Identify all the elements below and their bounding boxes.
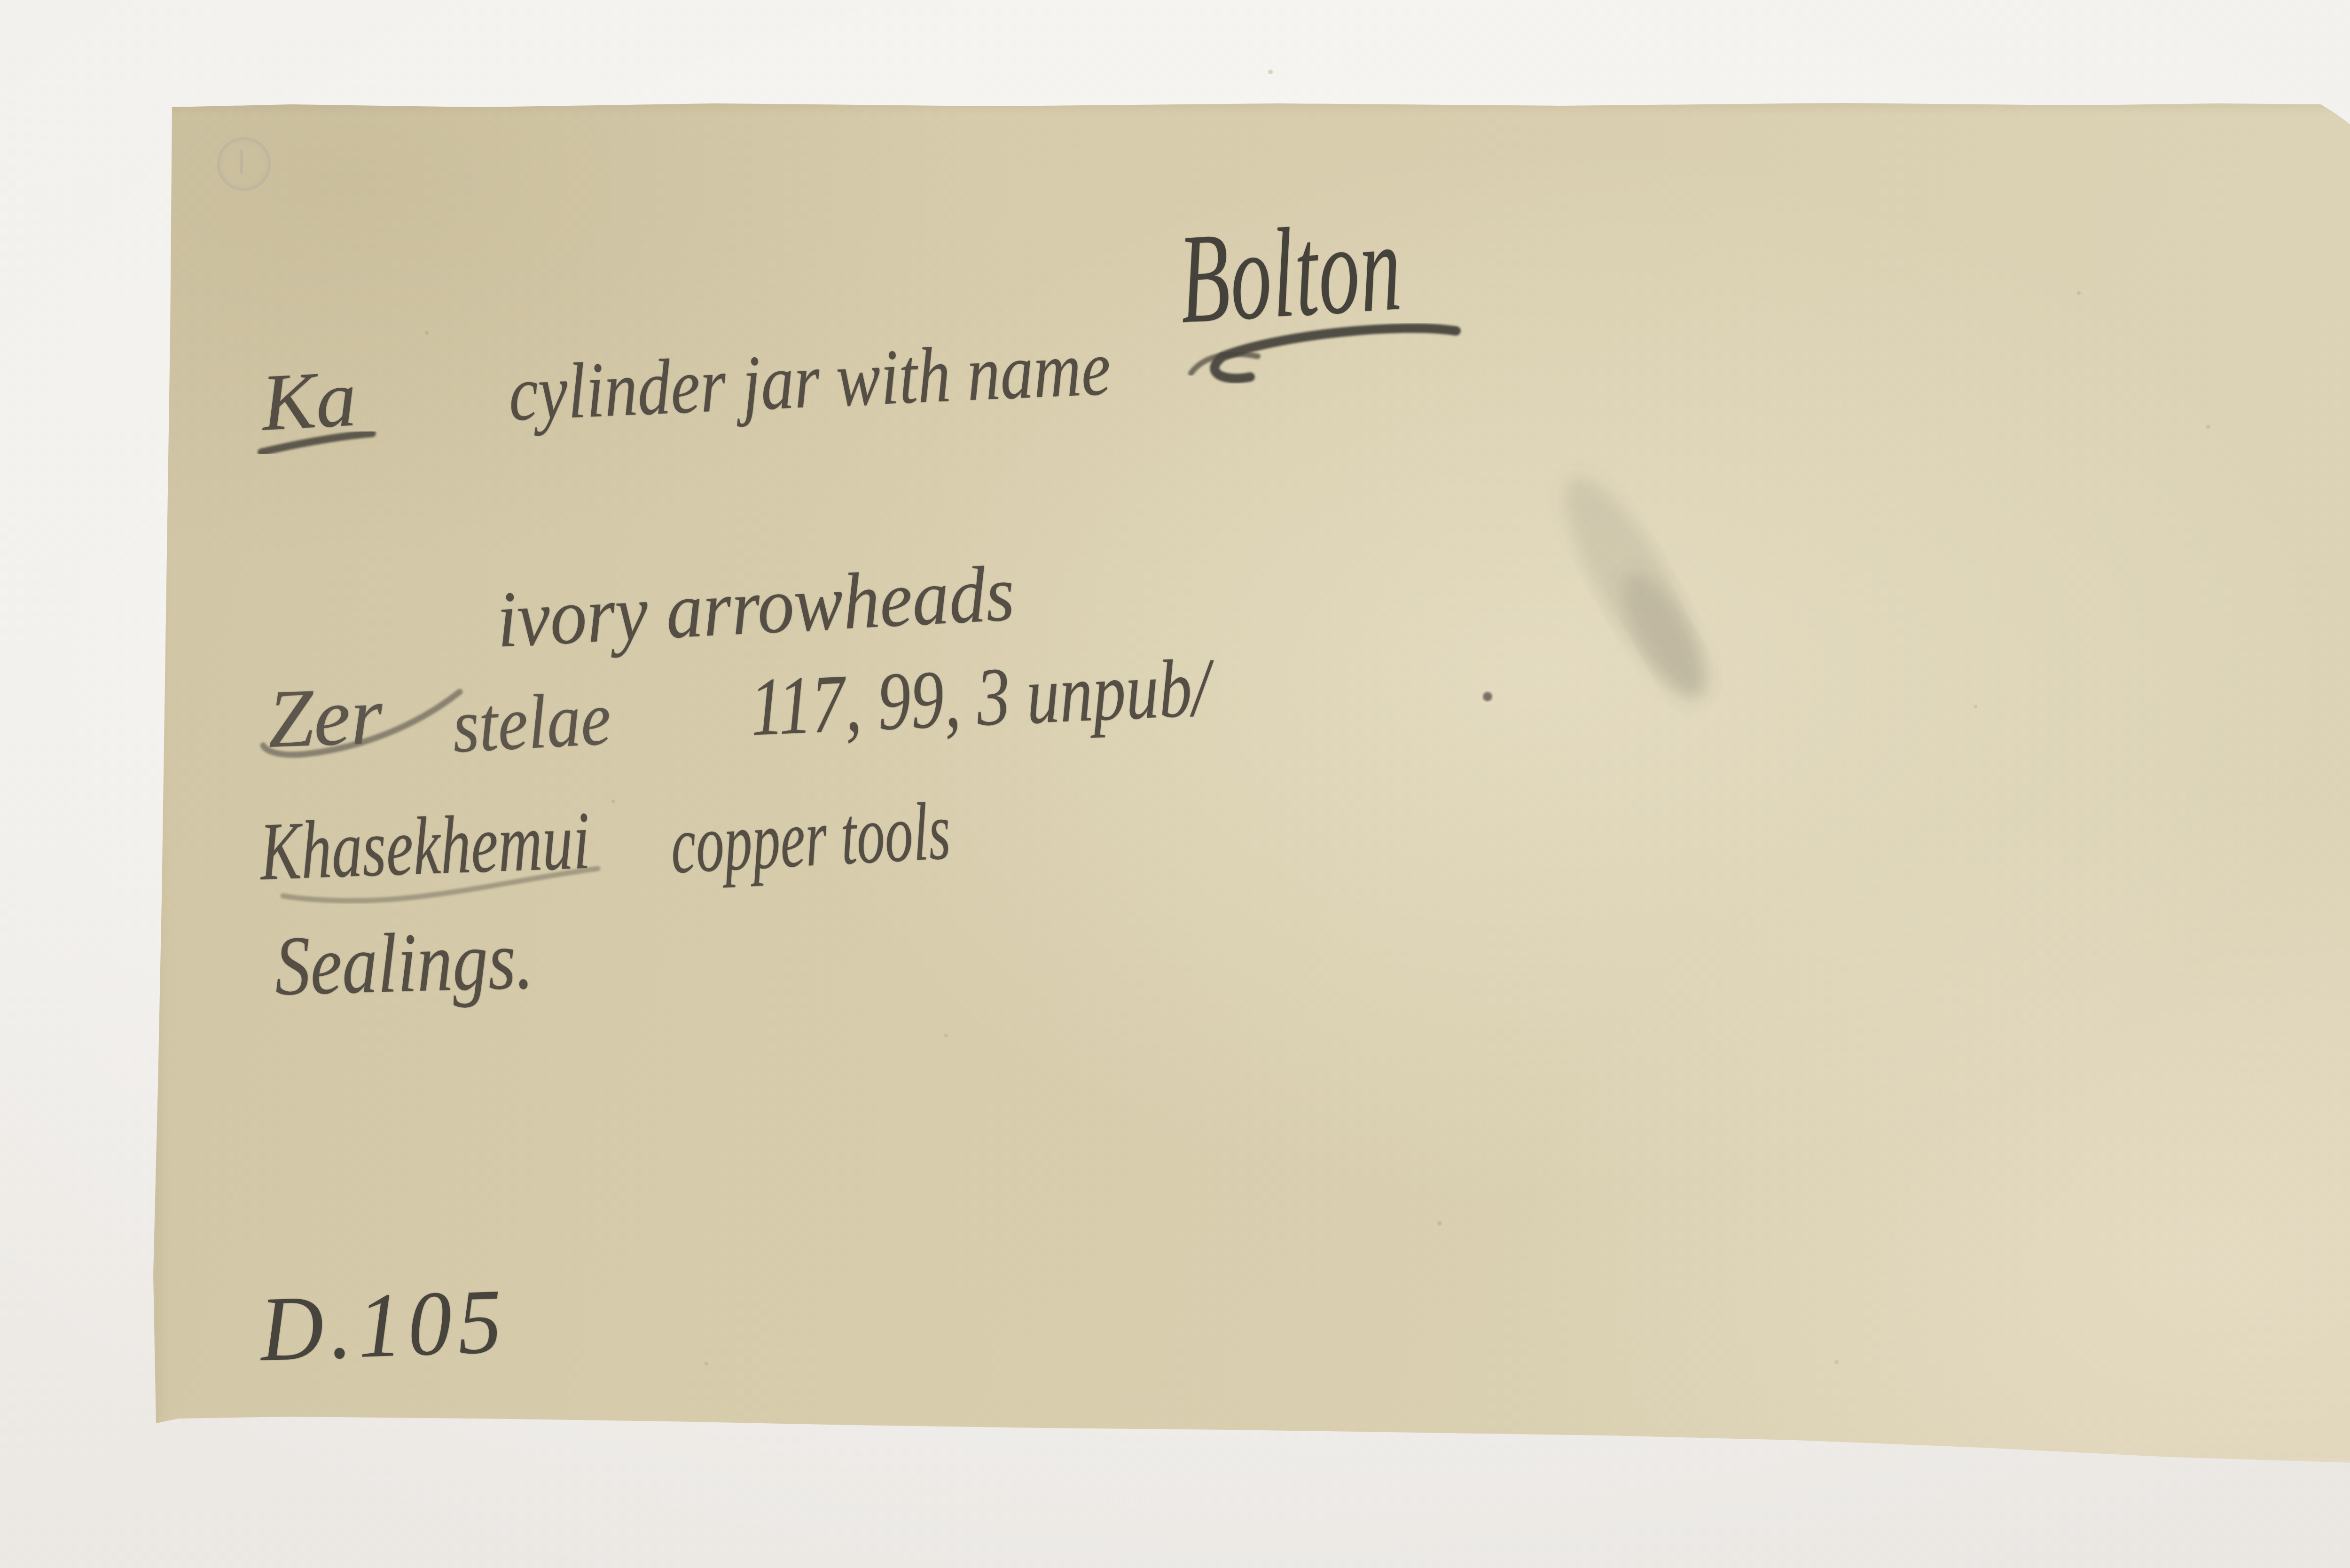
zer-keyword: Zer [266,668,384,767]
ka-keyword: Ka [259,352,359,449]
heading-bolton: Bolton [1175,192,1405,353]
embossed-stamp-inner-mark [240,149,243,174]
zer-numbers-text: 117, 99, 3 unpub/ [748,640,1212,755]
catalog-number: D.105 [258,1268,509,1382]
zer-object-text: stelae [450,674,613,770]
scanned-note-photo: Bolton Ka cylinder jar with name ivory a… [0,0,2350,1568]
embossed-circle-stamp-icon [217,137,271,191]
paper-foxing-specks [0,0,3,3]
khasekhemui-line-text: copper tools [668,784,953,893]
sealings-line-text: Sealings. [274,911,534,1015]
khasekhemui-keyword: Khasekhemui [258,793,591,900]
